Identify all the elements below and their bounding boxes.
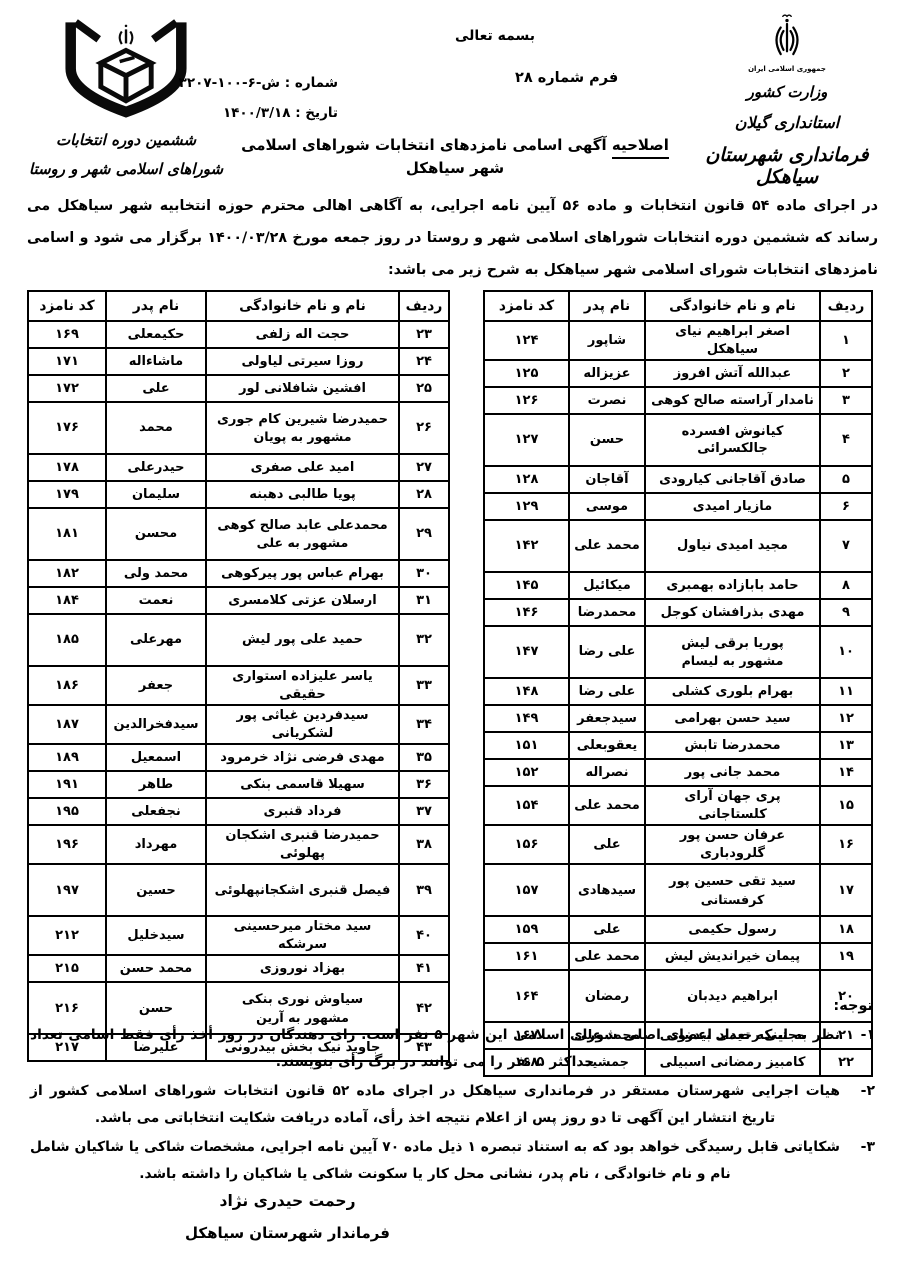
full-name-cell: مجید امیدی نیاول	[645, 520, 820, 572]
full-name-cell: سیدفردین غیاثی پور لشکریانی	[206, 705, 399, 744]
candidate-row: ۶مازیار امیدیموسی۱۲۹	[484, 493, 872, 520]
candidate-code-cell: ۱۶۱	[484, 943, 569, 970]
row-number-cell: ۲۳	[399, 321, 449, 348]
candidate-row: ۲۹محمدعلی عابد صالح کوهیمشهور به علیمحسن…	[28, 508, 449, 560]
candidate-code-cell: ۱۲۸	[484, 466, 569, 493]
row-number-cell: ۳۸	[399, 825, 449, 864]
candidate-code-cell: ۱۵۶	[484, 825, 569, 864]
father-name-cell: نصرت	[569, 387, 645, 414]
father-name-cell: میکائیل	[569, 572, 645, 599]
candidate-row: ۲۵افشین شافلانی لورعلی۱۷۲	[28, 375, 449, 402]
candidate-row: ۵صادق آقاجانی کیارودیآقاجان۱۲۸	[484, 466, 872, 493]
candidate-row: ۱۱بهرام بلوری کشلیعلی رضا۱۴۸	[484, 678, 872, 705]
father-name-cell: حیدرعلی	[106, 454, 206, 481]
candidate-code-cell: ۱۲۵	[484, 360, 569, 387]
notes-list: ۱-نظر به اینکه تعداد اعضای اصلی شورای اس…	[30, 1022, 875, 1190]
father-name-cell: آقاجان	[569, 466, 645, 493]
date-line: تاریخ : ۱۴۰۰/۳/۱۸	[178, 98, 338, 128]
candidate-row: ۲۶حمیدرضا شیرین کام جوریمشهور به پویانمح…	[28, 402, 449, 454]
candidate-row: ۳۵مهدی فرضی نژاد خرمروداسمعیل۱۸۹	[28, 744, 449, 771]
father-name-cell: نعمت	[106, 587, 206, 614]
row-number-cell: ۳	[820, 387, 872, 414]
row-number-cell: ۲۸	[399, 481, 449, 508]
row-number-cell: ۱۴	[820, 759, 872, 786]
candidate-row: ۸حامد بابازاده بهمبریمیکائیل۱۴۵	[484, 572, 872, 599]
note-text: هیات اجرایی شهرستان مستقر در فرمانداری س…	[30, 1078, 840, 1132]
candidate-code-cell: ۱۵۹	[484, 916, 569, 943]
candidate-row: ۳۹فیصل قنبری اشکجانپهلوئیحسین۱۹۷	[28, 864, 449, 916]
row-number-cell: ۳۲	[399, 614, 449, 666]
father-name-cell: سلیمان	[106, 481, 206, 508]
row-number-cell: ۱۱	[820, 678, 872, 705]
row-number-cell: ۱۳	[820, 732, 872, 759]
father-name-cell: محمد علی	[569, 943, 645, 970]
note-number: ۲-	[849, 1078, 875, 1132]
candidate-code-cell: ۱۵۴	[484, 786, 569, 825]
father-name-cell: عزیزاله	[569, 360, 645, 387]
father-name-cell: علی	[106, 375, 206, 402]
father-name-cell: محسن	[106, 508, 206, 560]
father-name-cell: سیدخلیل	[106, 916, 206, 955]
form-number: فرم شماره ۲۸	[515, 70, 618, 86]
full-name-cell: نامدار آراسته صالح کوهی	[645, 387, 820, 414]
candidate-code-cell: ۱۸۵	[28, 614, 106, 666]
full-name-cell: یاسر علیزاده استواری حقیقی	[206, 666, 399, 705]
governorate-name: استانداری گیلان	[677, 113, 897, 132]
full-name-cell: حمید علی پور لیش	[206, 614, 399, 666]
father-name-cell: طاهر	[106, 771, 206, 798]
full-name-cell: بهرام بلوری کشلی	[645, 678, 820, 705]
ref-number-value: ش-۶-۱۰۰-۳۲۰۷	[179, 75, 280, 91]
candidate-code-cell: ۱۹۷	[28, 864, 106, 916]
candidate-code-cell: ۱۲۴	[484, 321, 569, 360]
father-name-cell: ماشاءاله	[106, 348, 206, 375]
note-text: نظر به اینکه تعداد اعضای اصلی شورای اسلا…	[30, 1022, 840, 1076]
father-name-cell: محمد ولی	[106, 560, 206, 587]
row-number-cell: ۱۰	[820, 626, 872, 678]
row-number-cell: ۱۲	[820, 705, 872, 732]
candidate-code-cell: ۱۴۷	[484, 626, 569, 678]
candidate-code-cell: ۱۵۷	[484, 864, 569, 916]
document-title: اصلاحیه آگهی اسامی نامزدهای انتخابات شور…	[225, 136, 685, 177]
full-name-cell: سید تقی حسین پورکرفستانی	[645, 864, 820, 916]
candidate-row: ۱۳محمدرضا تابشیعقوبعلی۱۵۱	[484, 732, 872, 759]
full-name-cell: پویا طالبی دهبنه	[206, 481, 399, 508]
candidate-row: ۳۴سیدفردین غیاثی پور لشکریانیسیدفخرالدین…	[28, 705, 449, 744]
header-row-number: ردیف	[820, 291, 872, 321]
row-number-cell: ۲۰	[820, 970, 872, 1022]
table-header-row: ردیف نام و نام خانوادگی نام پدر کد نامزد	[28, 291, 449, 321]
full-name-cell: پری جهان آرای کلستاجانی	[645, 786, 820, 825]
row-number-cell: ۱۵	[820, 786, 872, 825]
father-name-cell: موسی	[569, 493, 645, 520]
header-father-name: نام پدر	[106, 291, 206, 321]
candidate-row: ۳۲حمید علی پور لیشمهرعلی۱۸۵	[28, 614, 449, 666]
father-name-cell: محمد علی	[569, 520, 645, 572]
header-candidate-code: کد نامزد	[28, 291, 106, 321]
candidate-code-cell: ۱۲۷	[484, 414, 569, 466]
candidate-code-cell: ۱۶۴	[484, 970, 569, 1022]
header-full-name: نام و نام خانوادگی	[206, 291, 399, 321]
full-name-cell: پوریا برقی لیشمشهور به لیسام	[645, 626, 820, 678]
row-number-cell: ۳۵	[399, 744, 449, 771]
row-number-cell: ۲۹	[399, 508, 449, 560]
title-correction-word: اصلاحیه	[612, 136, 669, 159]
row-number-cell: ۳۰	[399, 560, 449, 587]
official-document-page: جمهوری اسلامی ایران وزارت کشور استانداری…	[0, 0, 905, 1280]
candidate-row: ۳۱ارسلان عزتی کلامسرینعمت۱۸۴	[28, 587, 449, 614]
candidate-code-cell: ۱۲۶	[484, 387, 569, 414]
father-name-cell: سیدفخرالدین	[106, 705, 206, 744]
title-rest: آگهی اسامی نامزدهای انتخابات شوراهای اسل…	[241, 136, 607, 177]
full-name-cell: ارسلان عزتی کلامسری	[206, 587, 399, 614]
full-name-cell: حمیدرضا قنبری اشکجان پهلوئی	[206, 825, 399, 864]
election-caption-line1: ششمین دوره انتخابات	[6, 126, 246, 155]
row-number-cell: ۴۰	[399, 916, 449, 955]
candidate-code-cell: ۱۹۱	[28, 771, 106, 798]
father-name-cell: جعفر	[106, 666, 206, 705]
note-text: شکایاتی قابل رسیدگی خواهد بود که به استن…	[30, 1134, 840, 1188]
full-name-cell: حامد بابازاده بهمبری	[645, 572, 820, 599]
row-number-cell: ۸	[820, 572, 872, 599]
candidate-row: ۳۸حمیدرضا قنبری اشکجان پهلوئیمهرداد۱۹۶	[28, 825, 449, 864]
full-name-cell: محمد جانی پور	[645, 759, 820, 786]
candidate-code-cell: ۱۷۹	[28, 481, 106, 508]
father-name-cell: رمضان	[569, 970, 645, 1022]
candidates-table-left: ردیف نام و نام خانوادگی نام پدر کد نامزد…	[27, 290, 450, 1062]
father-name-cell: اسمعیل	[106, 744, 206, 771]
row-number-cell: ۱۷	[820, 864, 872, 916]
ministry-name: وزارت کشور	[677, 83, 897, 101]
signature-block: رحمت حیدری نژاد فرماندار شهرستان سیاهکل	[115, 1192, 460, 1242]
full-name-cell: عرفان حسن پور گلرودباری	[645, 825, 820, 864]
row-number-cell: ۷	[820, 520, 872, 572]
candidate-row: ۱۷سید تقی حسین پورکرفستانیسیدهادی۱۵۷	[484, 864, 872, 916]
candidate-code-cell: ۱۸۷	[28, 705, 106, 744]
father-name-cell: نصراله	[569, 759, 645, 786]
row-number-cell: ۳۱	[399, 587, 449, 614]
full-name-cell: بهزاد نوروزی	[206, 955, 399, 982]
full-name-cell: پیمان خیراندیش لیش	[645, 943, 820, 970]
father-name-cell: نجفعلی	[106, 798, 206, 825]
ministry-letterhead: جمهوری اسلامی ایران وزارت کشور استانداری…	[677, 12, 897, 188]
full-name-cell: سهیلا قاسمی بنکی	[206, 771, 399, 798]
candidate-code-cell: ۱۵۱	[484, 732, 569, 759]
candidate-row: ۱۸رسول حکیمیعلی۱۵۹	[484, 916, 872, 943]
candidate-row: ۱اصغر ابراهیم نیای سیاهکلشاپور۱۲۴	[484, 321, 872, 360]
full-name-cell: امید علی صفری	[206, 454, 399, 481]
full-name-cell: افشین شافلانی لور	[206, 375, 399, 402]
row-number-cell: ۴	[820, 414, 872, 466]
candidate-code-cell: ۱۶۹	[28, 321, 106, 348]
row-number-cell: ۱۶	[820, 825, 872, 864]
full-name-cell: روزا سیرتی لیاولی	[206, 348, 399, 375]
candidate-code-cell: ۱۴۶	[484, 599, 569, 626]
note-number: ۳-	[849, 1134, 875, 1188]
candidate-row: ۴کیانوش افسرده جالکسرائیحسن۱۲۷	[484, 414, 872, 466]
row-number-cell: ۶	[820, 493, 872, 520]
iran-coat-of-arms-icon	[766, 12, 808, 64]
candidate-row: ۲عبدالله آتش افروزعزیزاله۱۲۵	[484, 360, 872, 387]
header-full-name: نام و نام خانوادگی	[645, 291, 820, 321]
father-name-cell: علی	[569, 916, 645, 943]
candidate-row: ۹مهدی بذرافشان کوجلمحمدرضا۱۴۶	[484, 599, 872, 626]
county-governorate-name: فرمانداری شهرستان سیاهکل	[677, 144, 897, 188]
full-name-cell: فیصل قنبری اشکجانپهلوئی	[206, 864, 399, 916]
candidate-row: ۴۰سید مختار میرحسینی سرشکهسیدخلیل۲۱۲	[28, 916, 449, 955]
candidate-row: ۳۰بهرام عباس پور پیرکوهیمحمد ولی۱۸۲	[28, 560, 449, 587]
father-name-cell: حکیمعلی	[106, 321, 206, 348]
father-name-cell: یعقوبعلی	[569, 732, 645, 759]
candidate-code-cell: ۱۴۹	[484, 705, 569, 732]
full-name-cell: سید مختار میرحسینی سرشکه	[206, 916, 399, 955]
candidate-code-cell: ۱۹۵	[28, 798, 106, 825]
full-name-cell: بهرام عباس پور پیرکوهی	[206, 560, 399, 587]
candidate-code-cell: ۱۲۹	[484, 493, 569, 520]
signatory-name: رحمت حیدری نژاد	[115, 1192, 460, 1210]
candidate-row: ۱۵پری جهان آرای کلستاجانیمحمد علی۱۵۴	[484, 786, 872, 825]
candidate-row: ۳۷فرداد قنبرینجفعلی۱۹۵	[28, 798, 449, 825]
signatory-title: فرماندار شهرستان سیاهکل	[115, 1224, 460, 1242]
candidate-row: ۷مجید امیدی نیاولمحمد علی۱۴۲	[484, 520, 872, 572]
note-number: ۱-	[849, 1022, 875, 1076]
full-name-cell: صادق آقاجانی کیارودی	[645, 466, 820, 493]
row-number-cell: ۹	[820, 599, 872, 626]
full-name-cell: عبدالله آتش افروز	[645, 360, 820, 387]
ref-number-line: شماره : ش-۶-۱۰۰-۳۲۰۷	[178, 68, 338, 98]
candidate-row: ۳نامدار آراسته صالح کوهینصرت۱۲۶	[484, 387, 872, 414]
father-name-cell: محمد	[106, 402, 206, 454]
row-number-cell: ۱	[820, 321, 872, 360]
father-name-cell: علی رضا	[569, 626, 645, 678]
candidate-code-cell: ۱۵۲	[484, 759, 569, 786]
candidate-code-cell: ۱۷۶	[28, 402, 106, 454]
candidate-row: ۲۸پویا طالبی دهبنهسلیمان۱۷۹	[28, 481, 449, 508]
father-name-cell: علی	[569, 825, 645, 864]
candidate-row: ۳۳یاسر علیزاده استواری حقیقیجعفر۱۸۶	[28, 666, 449, 705]
candidate-row: ۴۱بهزاد نوروزیمحمد حسن۲۱۵	[28, 955, 449, 982]
candidate-row: ۱۶عرفان حسن پور گلرودباریعلی۱۵۶	[484, 825, 872, 864]
full-name-cell: رسول حکیمی	[645, 916, 820, 943]
candidate-code-cell: ۱۸۲	[28, 560, 106, 587]
intro-paragraph: در اجرای ماده ۵۴ قانون انتخابات و ماده ۵…	[27, 190, 878, 286]
header-candidate-code: کد نامزد	[484, 291, 569, 321]
row-number-cell: ۳۷	[399, 798, 449, 825]
bismillah: بسمه تعالی	[410, 28, 580, 44]
father-name-cell: محمد حسن	[106, 955, 206, 982]
candidate-code-cell: ۱۷۱	[28, 348, 106, 375]
father-name-cell: حسین	[106, 864, 206, 916]
candidate-row: ۲۳حجت اله زلفیحکیمعلی۱۶۹	[28, 321, 449, 348]
row-number-cell: ۳۴	[399, 705, 449, 744]
candidate-code-cell: ۱۴۲	[484, 520, 569, 572]
full-name-cell: مهدی فرضی نژاد خرمرود	[206, 744, 399, 771]
date-value: ۱۴۰۰/۳/۱۸	[223, 105, 291, 121]
row-number-cell: ۳۹	[399, 864, 449, 916]
candidate-code-cell: ۱۴۵	[484, 572, 569, 599]
candidate-row: ۲۰ابراهیم دیدبانرمضان۱۶۴	[484, 970, 872, 1022]
father-name-cell: شاپور	[569, 321, 645, 360]
candidate-row: ۱۹پیمان خیراندیش لیشمحمد علی۱۶۱	[484, 943, 872, 970]
candidate-row: ۲۷امید علی صفریحیدرعلی۱۷۸	[28, 454, 449, 481]
header-father-name: نام پدر	[569, 291, 645, 321]
father-name-cell: مهرداد	[106, 825, 206, 864]
full-name-cell: سید حسن بهرامی	[645, 705, 820, 732]
father-name-cell: مهرعلی	[106, 614, 206, 666]
candidate-code-cell: ۱۷۲	[28, 375, 106, 402]
candidates-table-right: ردیف نام و نام خانوادگی نام پدر کد نامزد…	[483, 290, 873, 1077]
candidate-code-cell: ۱۸۱	[28, 508, 106, 560]
father-name-cell: محمد علی	[569, 786, 645, 825]
father-name-cell: سیدجعفر	[569, 705, 645, 732]
candidate-code-cell: ۱۸۴	[28, 587, 106, 614]
row-number-cell: ۴۱	[399, 955, 449, 982]
row-number-cell: ۳۶	[399, 771, 449, 798]
row-number-cell: ۱۹	[820, 943, 872, 970]
father-name-cell: حسن	[569, 414, 645, 466]
full-name-cell: حجت اله زلفی	[206, 321, 399, 348]
candidate-code-cell: ۲۱۵	[28, 955, 106, 982]
header-row-number: ردیف	[399, 291, 449, 321]
candidate-code-cell: ۲۱۲	[28, 916, 106, 955]
row-number-cell: ۲۵	[399, 375, 449, 402]
candidate-code-cell: ۱۴۸	[484, 678, 569, 705]
full-name-cell: مهدی بذرافشان کوجل	[645, 599, 820, 626]
candidate-row: ۱۲سید حسن بهرامیسیدجعفر۱۴۹	[484, 705, 872, 732]
note-item: ۳-شکایاتی قابل رسیدگی خواهد بود که به اس…	[30, 1134, 875, 1188]
election-caption-line2: شوراهای اسلامی شهر و روستا	[6, 155, 246, 184]
candidate-code-cell: ۱۸۶	[28, 666, 106, 705]
row-number-cell: ۲۷	[399, 454, 449, 481]
father-name-cell: سیدهادی	[569, 864, 645, 916]
row-number-cell: ۲۴	[399, 348, 449, 375]
row-number-cell: ۳۳	[399, 666, 449, 705]
candidate-code-cell: ۱۷۸	[28, 454, 106, 481]
candidate-row: ۲۴روزا سیرتی لیاولیماشاءاله۱۷۱	[28, 348, 449, 375]
row-number-cell: ۲۶	[399, 402, 449, 454]
country-name: جمهوری اسلامی ایران	[677, 65, 897, 73]
candidate-code-cell: ۱۸۹	[28, 744, 106, 771]
candidate-row: ۱۴محمد جانی پورنصراله۱۵۲	[484, 759, 872, 786]
candidate-code-cell: ۱۹۶	[28, 825, 106, 864]
full-name-cell: مازیار امیدی	[645, 493, 820, 520]
ref-and-date-block: شماره : ش-۶-۱۰۰-۳۲۰۷ تاریخ : ۱۴۰۰/۳/۱۸	[178, 68, 338, 128]
table-header-row: ردیف نام و نام خانوادگی نام پدر کد نامزد	[484, 291, 872, 321]
notes-heading: توجه:	[833, 998, 873, 1014]
note-item: ۲-هیات اجرایی شهرستان مستقر در فرمانداری…	[30, 1078, 875, 1132]
father-name-cell: محمدرضا	[569, 599, 645, 626]
full-name-cell: فرداد قنبری	[206, 798, 399, 825]
full-name-cell: ابراهیم دیدبان	[645, 970, 820, 1022]
full-name-cell: اصغر ابراهیم نیای سیاهکل	[645, 321, 820, 360]
full-name-cell: حمیدرضا شیرین کام جوریمشهور به پویان	[206, 402, 399, 454]
candidate-row: ۳۶سهیلا قاسمی بنکیطاهر۱۹۱	[28, 771, 449, 798]
full-name-cell: محمدرضا تابش	[645, 732, 820, 759]
candidate-row: ۱۰پوریا برقی لیشمشهور به لیسامعلی رضا۱۴۷	[484, 626, 872, 678]
note-item: ۱-نظر به اینکه تعداد اعضای اصلی شورای اس…	[30, 1022, 875, 1076]
row-number-cell: ۱۸	[820, 916, 872, 943]
full-name-cell: کیانوش افسرده جالکسرائی	[645, 414, 820, 466]
row-number-cell: ۲	[820, 360, 872, 387]
row-number-cell: ۵	[820, 466, 872, 493]
father-name-cell: علی رضا	[569, 678, 645, 705]
full-name-cell: محمدعلی عابد صالح کوهیمشهور به علی	[206, 508, 399, 560]
